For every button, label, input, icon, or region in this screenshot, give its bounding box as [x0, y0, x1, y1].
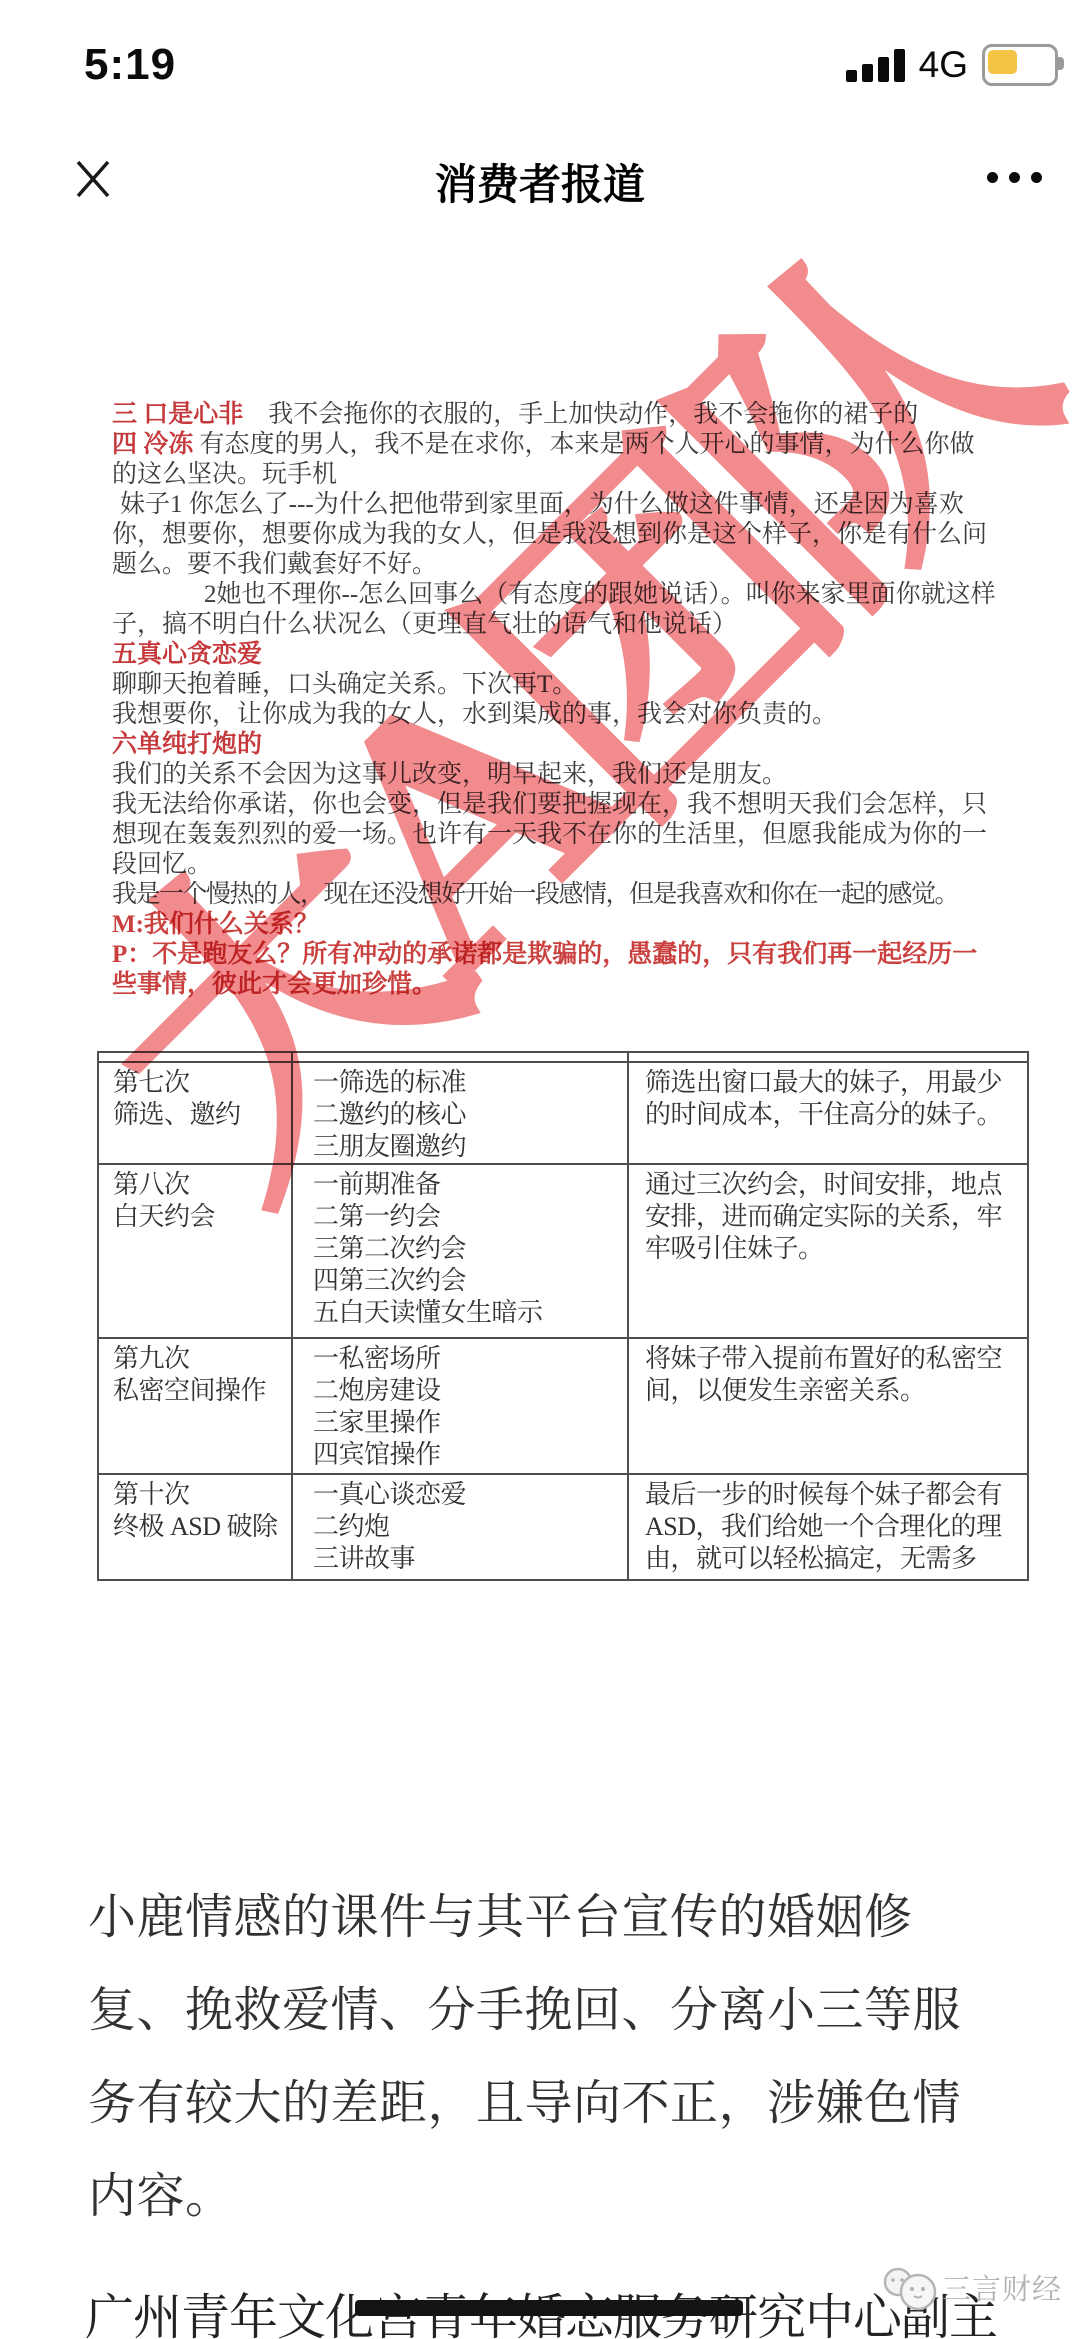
doc-paragraph: 我是一个慢热的人，现在还没想好开始一段感情，但是我喜欢和你在一起的感觉。 — [112, 880, 997, 910]
doc-paragraph: 我想要你，让你成为我的女人，水到渠成的事，我会对你负责的。 — [112, 700, 997, 730]
status-bar: 5:19 4G — [0, 0, 1080, 110]
doc-paragraph: 我们的关系不会因为这事儿改变，明早起来，我们还是朋友。 — [112, 760, 997, 790]
clock-time: 5:19 — [84, 40, 176, 90]
table-cell: 一筛选的标准二邀约的核心三朋友圈邀约 — [292, 1062, 628, 1164]
brand-name: 三言财经 — [942, 2267, 1062, 2312]
doc-paragraph: 我无法给你承诺，你也会变，但是我们要把握现在，我不想明天我们会怎样，只想现在轰轰… — [112, 790, 997, 880]
doc-heading-3: 三 口是心非 — [112, 401, 243, 428]
doc-heading-6: 六单纯打炮的 — [112, 730, 997, 760]
redaction-bar — [355, 2300, 743, 2316]
screen: 5:19 4G 消费者报道 三 口是心非 我不会拖你的衣服的，手上加快动作，我不… — [0, 0, 1080, 2339]
table-row: 第十次终极 ASD 破除 一真心谈恋爱二约炮三讲故事 最后一步的时候每个妹子都会… — [98, 1474, 1028, 1580]
course-table: 第七次筛选、邀约 一筛选的标准二邀约的核心三朋友圈邀约 筛选出窗口最大的妹子，用… — [97, 1051, 1029, 1581]
doc-m-line: M:我们什么关系？ — [112, 910, 997, 940]
table-row-cutoff — [98, 1052, 1028, 1062]
nav-bar: 消费者报道 — [0, 110, 1080, 254]
table-row: 第八次白天约会 一前期准备二第一约会三第二次约会四第三次约会五白天读懂女生暗示 … — [98, 1164, 1028, 1338]
signal-strength-icon — [846, 48, 905, 82]
table-cell: 一私密场所二炮房建设三家里操作四宾馆操作 — [292, 1338, 628, 1474]
table-cell: 筛选出窗口最大的妹子，用最少的时间成本，干住高分的妹子。 — [628, 1062, 1028, 1164]
document-image[interactable]: 三 口是心非 我不会拖你的衣服的，手上加快动作，我不会拖你的裙子的 四 冷冻 有… — [0, 252, 1080, 1818]
more-options-button[interactable] — [987, 172, 1042, 183]
doc-paragraph: 2她也不理你--怎么回事么（有态度的跟她说话）。叫你来家里面你就这样子，搞不明白… — [112, 580, 997, 640]
table-cell: 第九次私密空间操作 — [98, 1338, 292, 1474]
battery-icon — [982, 44, 1058, 86]
table-cell: 第七次筛选、邀约 — [98, 1062, 292, 1164]
table-cell: 第十次终极 ASD 破除 — [98, 1474, 292, 1580]
table-cell: 最后一步的时候每个妹子都会有 ASD，我们给她一个合理化的理由，就可以轻松搞定，… — [628, 1474, 1028, 1580]
table-row: 第九次私密空间操作 一私密场所二炮房建设三家里操作四宾馆操作 将妹子带入提前布置… — [98, 1338, 1028, 1474]
doc-heading-5: 五真心贪恋爱 — [112, 640, 997, 670]
network-type-label: 4G — [919, 44, 968, 86]
table-cell: 第八次白天约会 — [98, 1164, 292, 1338]
doc-p-line: P：不是跑友么？所有冲动的承诺都是欺骗的，愚蠢的，只有我们再一起经历一些事情，彼… — [112, 940, 997, 1000]
table-cell: 一前期准备二第一约会三第二次约会四第三次约会五白天读懂女生暗示 — [292, 1164, 628, 1338]
brand-watermark: 三言财经 — [878, 2264, 1062, 2312]
table-cell: 通过三次约会，时间安排，地点安排，进而确定实际的关系，牢牢吸引住妹子。 — [628, 1164, 1028, 1338]
doc-paragraph: 聊聊天抱着睡，口头确定关系。下次再T。 — [112, 670, 997, 700]
brand-logo-icon — [878, 2264, 940, 2312]
table-row: 第七次筛选、邀约 一筛选的标准二邀约的核心三朋友圈邀约 筛选出窗口最大的妹子，用… — [98, 1062, 1028, 1164]
ellipsis-icon — [987, 172, 998, 183]
document-text: 三 口是心非 我不会拖你的衣服的，手上加快动作，我不会拖你的裙子的 四 冷冻 有… — [0, 252, 1053, 1581]
doc-paragraph: 妹子1 你怎么了---为什么把他带到家里面，为什么做这件事情，还是因为喜欢你，想… — [112, 490, 997, 580]
doc-heading-4: 四 冷冻 — [112, 431, 193, 458]
page-title: 消费者报道 — [0, 152, 1080, 212]
table-cell: 将妹子带入提前布置好的私密空间，以便发生亲密关系。 — [628, 1338, 1028, 1474]
doc-paragraph: 三 口是心非 我不会拖你的衣服的，手上加快动作，我不会拖你的裙子的 — [112, 400, 997, 430]
article-paragraph: 小鹿情感的课件与其平台宣传的婚姻修复、挽救爱情、分手挽回、分离小三等服务有较大的… — [88, 1871, 1008, 2243]
doc-paragraph: 四 冷冻 有态度的男人，我不是在求你，本来是两个人开心的事情，为什么你做的这么坚… — [112, 430, 997, 490]
table-cell: 一真心谈恋爱二约炮三讲故事 — [292, 1474, 628, 1580]
status-icons: 4G — [846, 44, 1058, 86]
